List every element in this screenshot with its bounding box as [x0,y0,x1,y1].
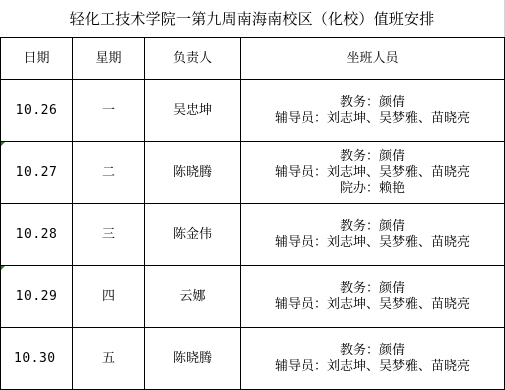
staff-line: 教务：颜倩 [241,149,504,165]
header-staff[interactable]: 坐班人员 [241,38,505,80]
staff-line: 教务：颜倩 [241,281,504,297]
staff-line: 教务：颜倩 [241,343,504,359]
header-lead[interactable]: 负责人 [145,38,241,80]
staff-cell[interactable]: 教务：颜倩 辅导员：刘志坤、吴梦雅、苗晓亮 [241,266,505,328]
date-cell[interactable]: 10.28 [1,204,73,266]
date-value: 10.27 [16,165,58,180]
table-row: 10.29 四 云娜 教务：颜倩 辅导员：刘志坤、吴梦雅、苗晓亮 [1,266,505,328]
date-cell[interactable]: 10.26 [1,80,73,142]
header-date[interactable]: 日期 [1,38,73,80]
lead-cell[interactable]: 吴忠坤 [145,80,241,142]
staff-line: 辅导员：刘志坤、吴梦雅、苗晓亮 [241,165,504,181]
weekday-cell[interactable]: 三 [73,204,145,266]
staff-cell[interactable]: 教务：颜倩 辅导员：刘志坤、吴梦雅、苗晓亮 [241,204,505,266]
lead-cell[interactable]: 云娜 [145,266,241,328]
date-cell[interactable]: 10.27 [1,142,73,204]
header-weekday[interactable]: 星期 [73,38,145,80]
date-cell[interactable]: 10.29 [1,266,73,328]
table-row: 10.26 一 吴忠坤 教务：颜倩 辅导员：刘志坤、吴梦雅、苗晓亮 [1,80,505,142]
date-value: 10.28 [16,227,58,242]
staff-cell[interactable]: 教务：颜倩 辅导员：刘志坤、吴梦雅、苗晓亮 院办：赖艳 [241,142,505,204]
date-value: 10.26 [16,103,58,118]
lead-cell[interactable]: 陈金伟 [145,204,241,266]
staff-line: 教务：颜倩 [241,219,504,235]
staff-line: 院办：赖艳 [241,181,504,197]
weekday-cell[interactable]: 二 [73,142,145,204]
staff-line: 辅导员：刘志坤、吴梦雅、苗晓亮 [241,297,504,313]
date-value: 10.29 [16,289,58,304]
comment-indicator-icon[interactable] [1,142,5,146]
staff-line: 教务：颜倩 [241,95,504,111]
table-row: 10.28 三 陈金伟 教务：颜倩 辅导员：刘志坤、吴梦雅、苗晓亮 [1,204,505,266]
lead-cell[interactable]: 陈晓腾 [145,328,241,390]
staff-line: 辅导员：刘志坤、吴梦雅、苗晓亮 [241,235,504,251]
table-row: 10.30 五 陈晓腾 教务：颜倩 辅导员：刘志坤、吴梦雅、苗晓亮 [1,328,505,390]
date-cell[interactable]: 10.30 [1,328,73,390]
lead-cell[interactable]: 陈晓腾 [145,142,241,204]
staff-line: 辅导员：刘志坤、吴梦雅、苗晓亮 [241,359,504,375]
staff-cell[interactable]: 教务：颜倩 辅导员：刘志坤、吴梦雅、苗晓亮 [241,80,505,142]
staff-cell[interactable]: 教务：颜倩 辅导员：刘志坤、吴梦雅、苗晓亮 [241,328,505,390]
table-row: 10.27 二 陈晓腾 教务：颜倩 辅导员：刘志坤、吴梦雅、苗晓亮 院办：赖艳 [1,142,505,204]
comment-indicator-icon[interactable] [1,266,5,270]
weekday-cell[interactable]: 四 [73,266,145,328]
date-value: 10.30 [14,351,56,366]
duty-schedule-table: 日期 星期 负责人 坐班人员 10.26 一 吴忠坤 教务：颜倩 辅导员：刘志坤… [0,37,505,390]
weekday-cell[interactable]: 五 [73,328,145,390]
weekday-cell[interactable]: 一 [73,80,145,142]
staff-line: 辅导员：刘志坤、吴梦雅、苗晓亮 [241,111,504,127]
header-row: 日期 星期 负责人 坐班人员 [1,38,505,80]
page-title: 轻化工技术学院一第九周南海南校区（化校）值班安排 [0,0,505,37]
